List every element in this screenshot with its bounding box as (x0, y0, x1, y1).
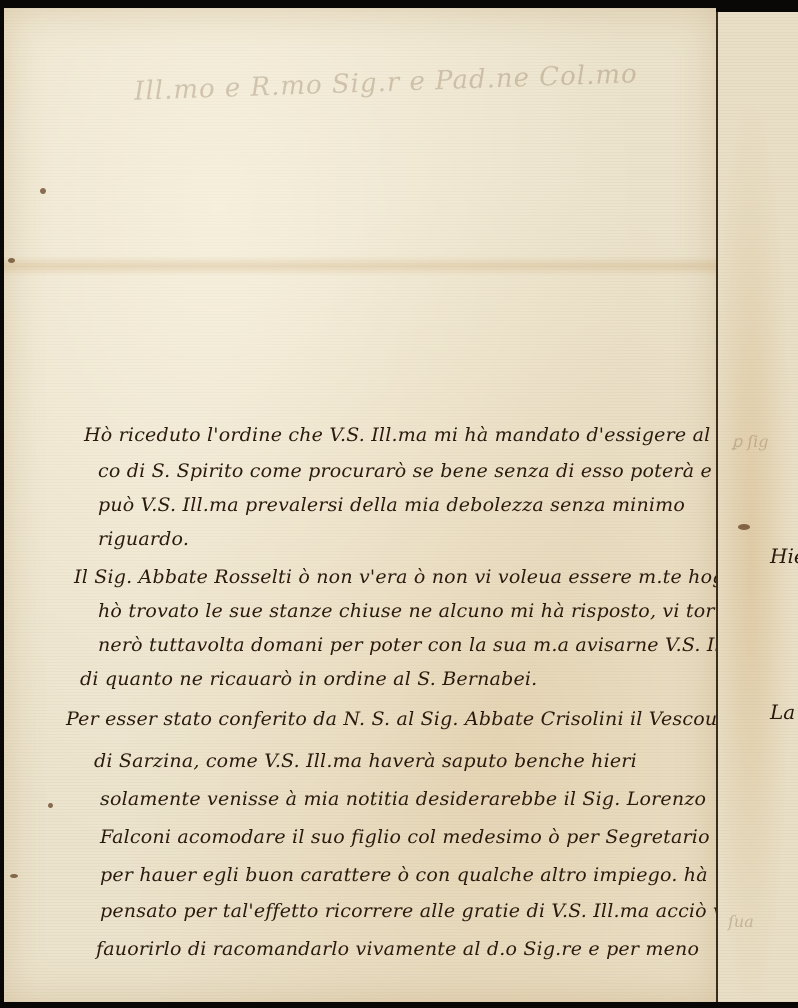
letter-line: solamente venisse à mia notitia desidera… (100, 788, 706, 810)
letter-line: Il Sig. Abbate Rosselti ò non v'era ò no… (74, 566, 743, 588)
letter-line: hò trovato le sue stanze chiuse ne alcun… (98, 600, 731, 622)
letter-line: pensato per tal'effetto ricorrere alle g… (100, 900, 772, 922)
manuscript-page-right: ꝑ ſig ſua Hier La (716, 12, 798, 1002)
letter-line: di Sarzina, come V.S. Ill.ma haverà sapu… (94, 750, 637, 772)
letter-line: Hò riceduto l'ordine che V.S. Ill.ma mi … (84, 424, 771, 446)
manuscript-page-left: Ill.mo e R.mo Sig.r e Pad.ne Col.mo Hò r… (4, 8, 716, 1002)
letter-line: riguardo. (98, 528, 189, 550)
ink-spot (10, 874, 18, 878)
faded-text-bleedthrough: ꝑ ſig (732, 432, 769, 451)
letter-line: può V.S. Ill.ma prevalersi della mia deb… (98, 494, 685, 516)
letter-line: fauorirlo di racomandarlo vivamente al d… (96, 938, 699, 960)
faded-text-bleedthrough: ſua (728, 912, 754, 931)
letter-line: di quanto ne ricauarò in ordine al S. Be… (80, 668, 537, 690)
faded-header-bleedthrough: Ill.mo e R.mo Sig.r e Pad.ne Col.mo (134, 59, 638, 107)
paper-fold-crease (4, 256, 716, 276)
right-page-fragment: Hier (770, 544, 798, 568)
ink-spot (40, 188, 46, 194)
ink-spot (48, 803, 53, 808)
letter-line: per hauer egli buon carattere ò con qual… (100, 864, 708, 886)
ink-spot (738, 524, 750, 530)
letter-line: Falconi acomodare il suo figlio col mede… (100, 826, 710, 848)
letter-line: nerò tuttavolta domani per poter con la … (98, 634, 763, 656)
letter-line: Per esser stato conferito da N. S. al Si… (66, 708, 753, 730)
right-page-fragment: La (770, 700, 795, 724)
ink-spot (8, 258, 15, 263)
letter-line: co di S. Spirito come procurarò se bene … (98, 460, 712, 482)
